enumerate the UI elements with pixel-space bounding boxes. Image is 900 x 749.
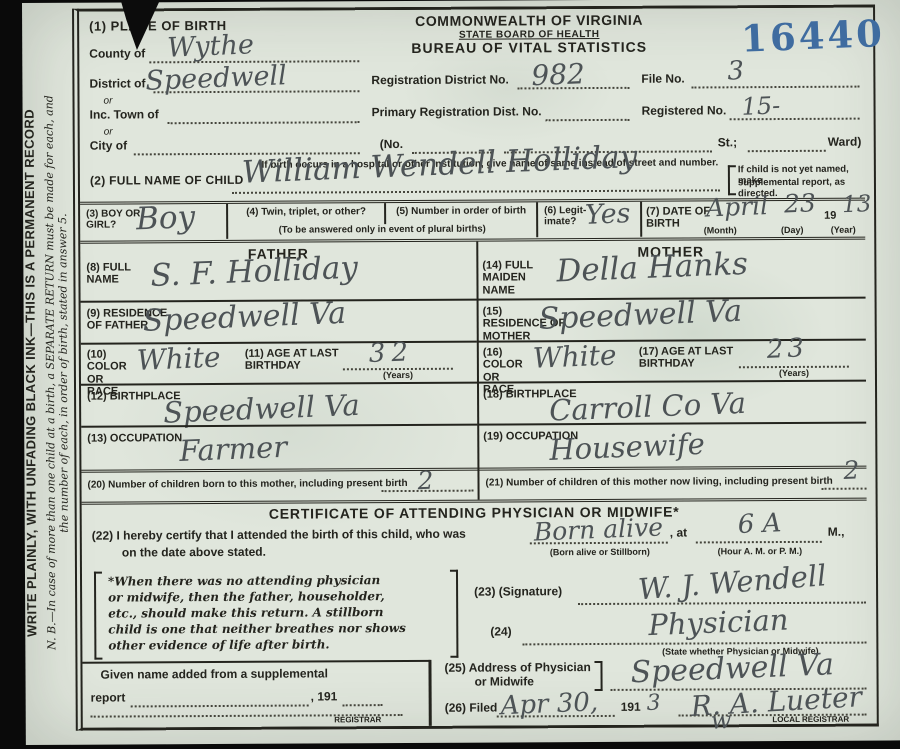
footnote-line3: etc., should make this return. A stillbo… xyxy=(108,604,448,622)
or-label-1: or xyxy=(103,96,112,107)
mother-age-value: 23 xyxy=(766,335,808,363)
hour-line xyxy=(696,541,822,544)
mother-color-value: White xyxy=(532,341,617,372)
father-age-value: 32 xyxy=(368,339,414,367)
physician-footnote: *When there was no attending physician o… xyxy=(108,572,448,654)
legitimate-value: Yes xyxy=(585,200,631,229)
father-color-value: White xyxy=(136,344,221,375)
filed-date-value: Apr 30, xyxy=(500,689,598,719)
ward-label: Ward) xyxy=(828,136,862,150)
condition-sub: (Born alive or Stillborn) xyxy=(520,548,680,558)
father-name-label: (8) FULL NAME xyxy=(86,261,140,286)
mother-birthplace-value: Carroll Co Va xyxy=(549,389,747,426)
father-age-label: (11) AGE AT LAST BIRTHDAY xyxy=(245,347,355,372)
inc-town-line xyxy=(168,121,360,124)
registered-no-label: Registered No. xyxy=(642,104,727,118)
at-label: , at xyxy=(670,527,687,541)
footnote-line5: other evidence of life after birth. xyxy=(108,636,448,654)
district-value: Speedwell xyxy=(145,62,287,95)
role-line xyxy=(522,642,866,646)
inc-town-label: Inc. Town of xyxy=(90,108,159,122)
child-name-value: William Wendell Holliday xyxy=(241,142,637,189)
local-registrar-sub: LOCAL REGISTRAR xyxy=(755,716,867,725)
physician-address-label-line2: or Midwife xyxy=(475,675,534,689)
certificate-paper: WRITE PLAINLY, WITH UNFADING BLACK INK—T… xyxy=(22,0,900,745)
certificate-number-stamp: 16440 xyxy=(741,15,886,58)
father-birthplace-rule xyxy=(81,424,477,428)
margin-separate-return-note-line2: the number of each, in order of birth, s… xyxy=(55,5,72,741)
dob-day-value: 23 xyxy=(784,190,817,216)
file-no-label: File No. xyxy=(641,73,684,87)
children-born-value: 2 xyxy=(417,468,434,494)
footnote-bracket-left xyxy=(94,572,102,660)
footnote-line4: child is one that neither breathes nor s… xyxy=(108,620,448,638)
filed-year-value: 3 xyxy=(646,692,661,715)
footnote-line2: or midwife, then the father, householder… xyxy=(108,588,448,606)
father-occupation-value: Farmer xyxy=(179,433,288,466)
cell-border-5-6 xyxy=(536,202,538,237)
father-occupation-label: (13) OCCUPATION xyxy=(87,432,182,445)
mother-birthplace-rule xyxy=(477,422,866,426)
street-label: St.; xyxy=(718,136,737,150)
child-name-label: (2) FULL NAME OF CHILD xyxy=(90,174,244,188)
dob-year-prefix: 19 xyxy=(824,210,836,222)
mother-name-label: (14) FULL MAIDEN NAME xyxy=(482,259,542,296)
dob-month-sub: (Month) xyxy=(692,226,748,235)
dob-day-sub: (Day) xyxy=(772,226,812,235)
registration-district-value: 982 xyxy=(531,60,586,90)
mother-age-label: (17) AGE AT LAST BIRTHDAY xyxy=(639,345,749,370)
scanned-birth-certificate: { "margin": { "bold": "WRITE PLAINLY, WI… xyxy=(0,0,900,749)
filed-label: (26) Filed xyxy=(445,702,498,716)
supplemental-report-line xyxy=(131,705,309,708)
registered-no-value: 15- xyxy=(741,93,781,119)
attest-suffix: on the date above stated. xyxy=(122,546,266,560)
rule-under-vitals-row xyxy=(80,237,865,244)
attest-prefix: (22) I hereby certify that I attended th… xyxy=(92,528,466,543)
father-mother-divider xyxy=(476,242,479,500)
file-no-line xyxy=(691,86,859,89)
supplemental-box-right xyxy=(428,660,431,726)
cell-border-6-7 xyxy=(640,202,642,237)
mother-residence-value: Speedwell Va xyxy=(538,297,742,335)
sex-value: Boy xyxy=(136,202,196,235)
supplemental-report-label: report xyxy=(91,691,126,705)
registrar-flourish: w xyxy=(710,708,731,733)
primary-registration-label: Primary Registration Dist. No. xyxy=(372,105,542,119)
children-living-value: 2 xyxy=(843,457,860,483)
father-age-rule xyxy=(81,382,477,386)
hour-value: 6 A xyxy=(737,510,782,538)
dob-month-value: April xyxy=(706,193,769,220)
mother-age-years-sub: (Years) xyxy=(759,369,829,378)
signature-value: W. J. Wendell xyxy=(637,561,827,604)
org-line1: COMMONWEALTH OF VIRGINIA xyxy=(349,12,709,30)
child-name-line xyxy=(232,189,720,194)
footnote-line1: *When there was no attending physician xyxy=(108,572,448,590)
mother-name-value: Della Hanks xyxy=(556,249,749,288)
children-born-label: (20) Number of children born to this mot… xyxy=(87,478,407,491)
dob-year-value: 13 xyxy=(842,193,872,217)
ward-line xyxy=(748,150,826,152)
father-birthplace-value: Speedwell Va xyxy=(163,391,361,428)
plural-births-note: (To be answered only in event of plural … xyxy=(230,224,534,236)
father-name-value: S. F. Holliday xyxy=(150,253,359,292)
district-label: District of xyxy=(89,77,145,91)
meridiem-label: M., xyxy=(828,526,845,540)
county-value: Wythe xyxy=(167,31,255,61)
role-label: (24) xyxy=(490,625,511,639)
role-value: Physician xyxy=(648,606,789,641)
hour-sub: (Hour A. M. or P. M.) xyxy=(690,547,830,557)
file-no-value: 3 xyxy=(727,58,745,85)
dob-year-sub: (Year) xyxy=(822,226,864,235)
mother-occupation-value: Housewife xyxy=(549,430,706,465)
supplemental-registrar-sub: REGISTRAR xyxy=(313,716,403,724)
mother-age-rule xyxy=(477,380,866,384)
footnote-bracket-right xyxy=(450,570,458,658)
physician-address-label-line1: (25) Address of Physician xyxy=(444,661,590,675)
filed-year-prefix: 191 xyxy=(621,701,641,715)
cell-border-4-5 xyxy=(384,203,386,224)
signature-label: (23) (Signature) xyxy=(474,585,562,599)
condition-value: Born alive xyxy=(533,514,663,544)
father-residence-value: Speedwell Va xyxy=(142,299,346,337)
cell-border-3-4 xyxy=(226,204,228,239)
or-label-2: or xyxy=(104,127,113,138)
certificate-form: (1) PLACE OF BIRTH County of Wythe Distr… xyxy=(72,5,879,731)
margin-permanent-record-note: WRITE PLAINLY, WITH UNFADING BLACK INK—T… xyxy=(22,5,40,741)
supplemental-year-line xyxy=(343,704,383,706)
registration-district-label: Registration District No. xyxy=(371,73,508,87)
supplemental-line1: Given name added from a supplemental xyxy=(100,667,327,682)
city-label: City of xyxy=(90,139,127,153)
supplemental-year-prefix: , 191 xyxy=(311,690,338,704)
supplemental-box-top xyxy=(82,660,430,664)
children-living-label: (21) Number of children of this mother n… xyxy=(485,476,832,489)
father-age-years-sub: (Years) xyxy=(363,371,433,380)
twin-label: (4) Twin, triplet, or other? xyxy=(230,206,382,218)
child-note-brace xyxy=(728,165,736,195)
birth-order-label: (5) Number in order of birth xyxy=(388,205,534,217)
children-living-line xyxy=(822,488,867,490)
org-header: COMMONWEALTH OF VIRGINIA STATE BOARD OF … xyxy=(349,12,709,56)
primary-registration-line xyxy=(546,119,630,121)
org-line3: BUREAU OF VITAL STATISTICS xyxy=(349,39,709,57)
